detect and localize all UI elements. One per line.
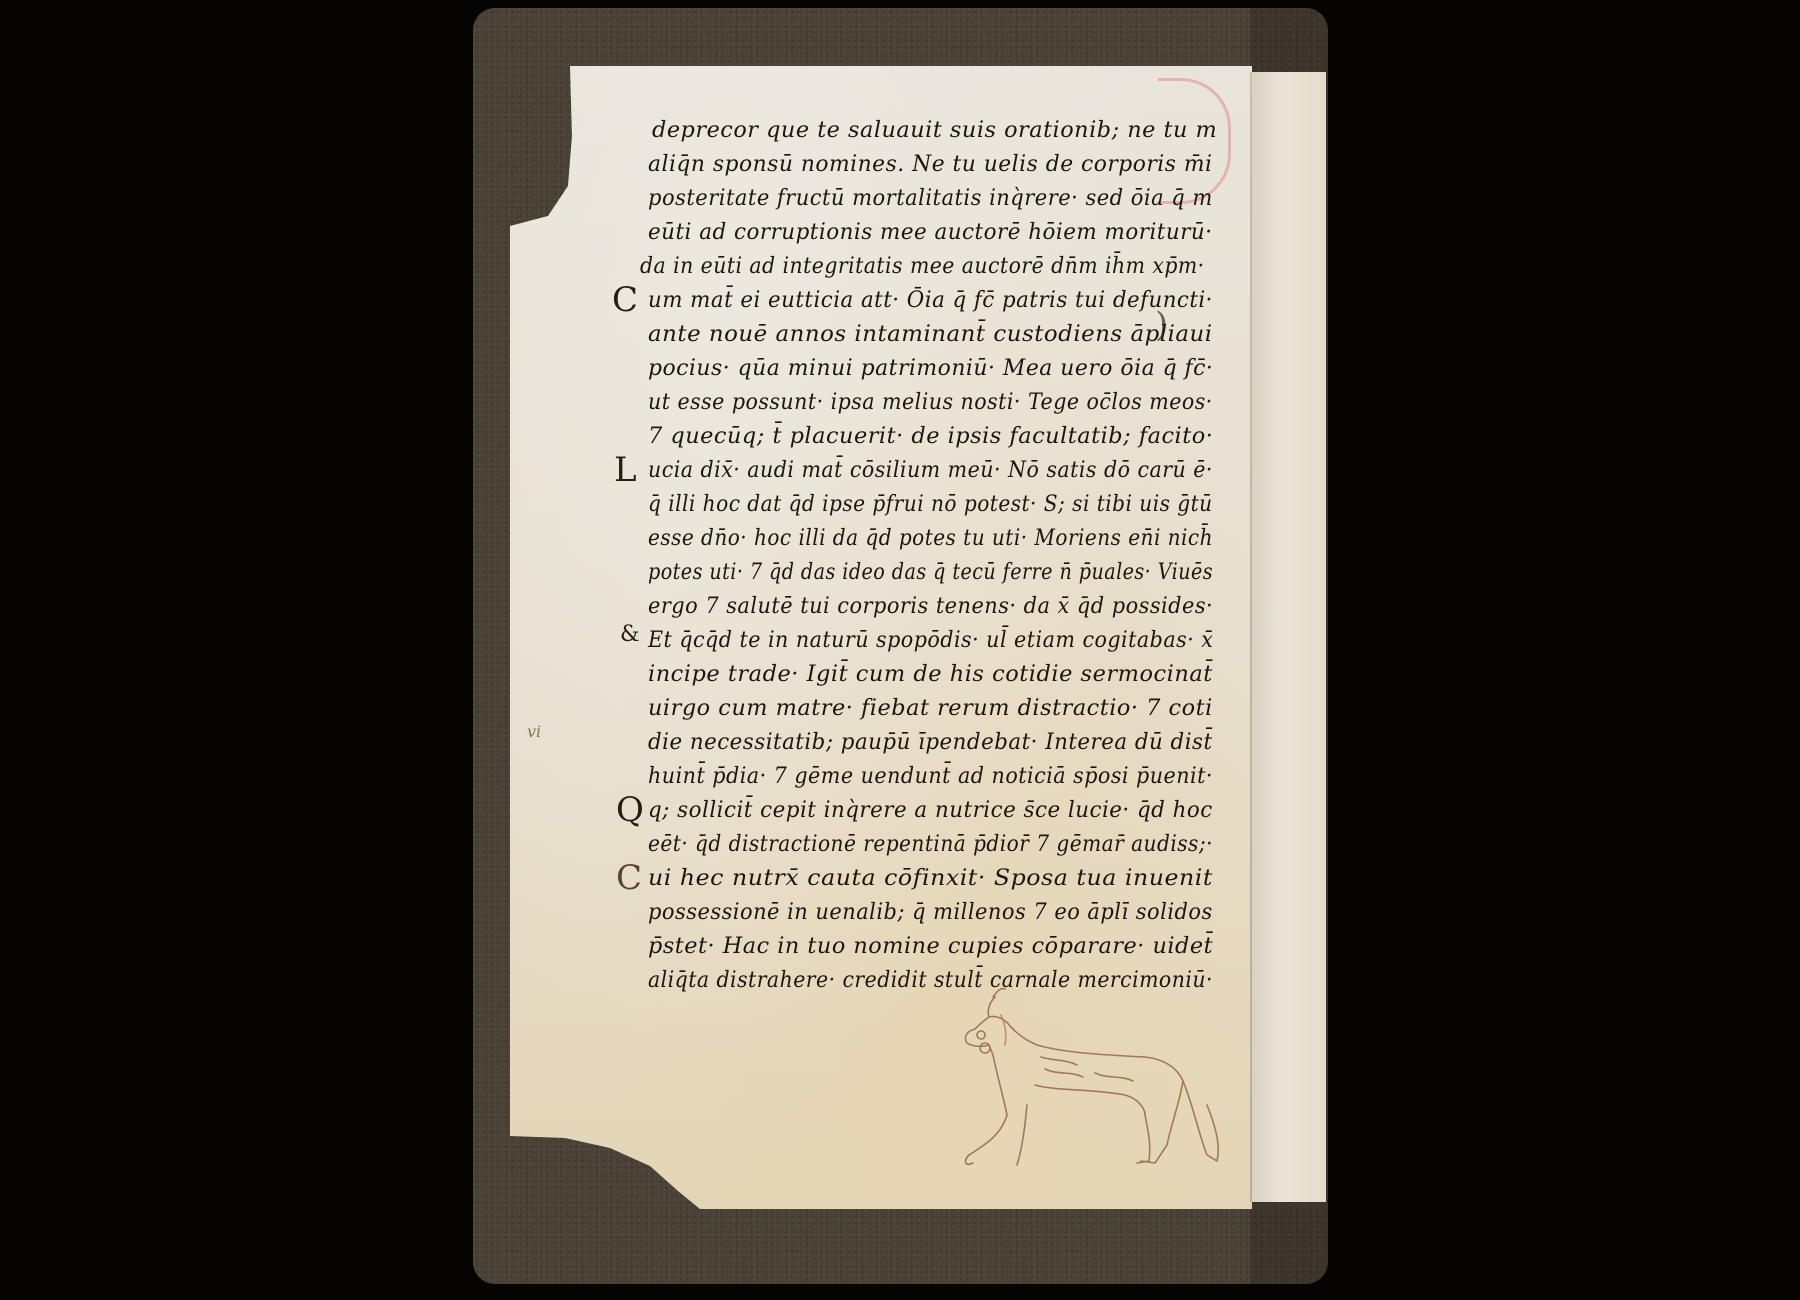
text-line: uirgo cum matre· fiebat rerum distractio… — [648, 696, 1213, 721]
text-line: 7 quecūq; t̄ placuerit· de ipsis facult… — [648, 424, 1213, 449]
initial-letter: & — [620, 622, 640, 647]
text-line: Et q̄cq̄d te in naturū spopōdis· ul̄ e… — [648, 628, 1213, 653]
text-line: um mat̄ ei eutticia att· Ōia q̄ fc̄ pat… — [648, 288, 1213, 313]
text-line: possessionē in uenalib; q̄ millenos 7 e… — [648, 900, 1213, 925]
text-line: huint̄ p̄dia· 7 gēme uendunt̄ ad notici… — [648, 764, 1213, 789]
text-line: ergo 7 salutē tui corporis tenens· da x… — [648, 594, 1213, 619]
text-line: eēt· q̄d distractionē repentinā p̄dio… — [648, 832, 1213, 857]
text-line: da in eūti ad integritatis mee auctorē… — [640, 254, 1205, 279]
text-line: esse dn̄o· hoc illi da q̄d potes tu uti·… — [648, 526, 1213, 551]
text-line: ucia dix̄· audi mat̄ cōsilium meū· Nō… — [648, 458, 1213, 483]
margin-note: vi — [527, 722, 541, 741]
text-line: aliq̄n sponsū nomines. Ne tu uelis de c… — [648, 152, 1213, 177]
text-line: ante nouē annos intaminant̄ custodiens … — [648, 322, 1213, 347]
text-line: pocius· qūa minui patrimoniū· Mea uero… — [648, 356, 1213, 381]
text-line: p̄stet· Hac in tuo nomine cupies cōpara… — [648, 934, 1213, 959]
initial-letter: C — [616, 858, 642, 898]
text-line: eūti ad corruptionis mee auctorē hōie… — [648, 220, 1213, 245]
text-line: die necessitatib; paup̄ū īpendebat· In… — [648, 730, 1213, 755]
initial-letter: Q — [616, 790, 644, 830]
initial-letter: L — [614, 450, 637, 490]
text-column: deprecor que te saluauit suis orationib;… — [0, 0, 1800, 1300]
text-line: ui hec nutrx̄ cauta cōfinxit· Sposa tua… — [648, 866, 1213, 891]
text-line: deprecor que te saluauit suis orationib;… — [652, 118, 1217, 143]
text-line: q̄ illi hoc dat q̄d ipse p̄frui nō pote… — [648, 492, 1213, 517]
text-line: q; sollicit̄ cepit inq̀rere a nutrice s̄… — [648, 798, 1213, 823]
text-line: potes uti· 7 q̄d das ideo das q̄ tecū f… — [648, 560, 1213, 585]
text-line: incipe trade· Igit̄ cum de his cotidie s… — [648, 662, 1213, 687]
initial-letter: C — [612, 280, 638, 320]
text-line: posteritate fructū mortalitatis inq̀rer… — [648, 186, 1213, 211]
wolf-drawing — [945, 985, 1235, 1185]
text-line: ut esse possunt· ipsa melius nosti· Tege… — [648, 390, 1213, 415]
